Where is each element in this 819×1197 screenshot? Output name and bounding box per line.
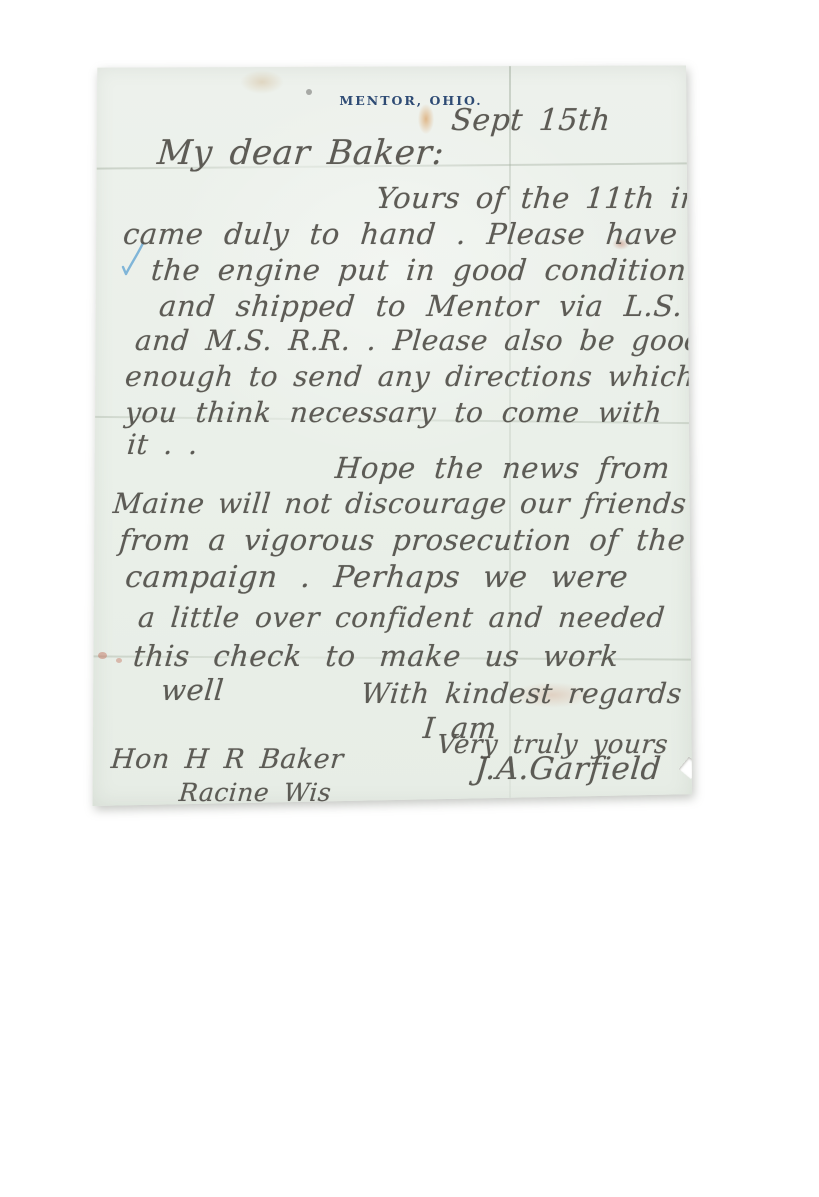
signature: J.A.Garfield xyxy=(474,754,662,785)
screenshot-root: { "letter": { "letterhead": "MENTOR, OHI… xyxy=(0,0,819,1197)
body-line: came duly to hand . Please have xyxy=(122,220,679,249)
paper-tear xyxy=(679,757,702,780)
stain xyxy=(116,658,122,663)
body-line: it . . xyxy=(126,431,199,459)
body-line: and shipped to Mentor via L.S. xyxy=(158,292,684,321)
body-line: you think necessary to come with xyxy=(124,399,663,427)
letter-photo: MENTOR, OHIO. Sept 15th My dear Baker: Y… xyxy=(92,64,692,806)
body-line: this check to make us work xyxy=(132,642,620,671)
body-line: a little over confident and needed xyxy=(137,604,666,632)
body-line: the engine put in good condition xyxy=(150,256,688,285)
photo-background: MENTOR, OHIO. Sept 15th My dear Baker: Y… xyxy=(0,0,819,1197)
stain xyxy=(98,652,107,659)
addressee-line: Racine Wis xyxy=(178,780,332,805)
addressee-line: Hon H R Baker xyxy=(110,746,345,773)
body-line: campaign . Perhaps we were xyxy=(124,563,629,593)
stain xyxy=(240,70,284,94)
body-line: Maine will not discourage our friends xyxy=(112,490,688,518)
letter-paper: MENTOR, OHIO. Sept 15th My dear Baker: Y… xyxy=(92,64,692,806)
body-line: Hope the news from xyxy=(334,454,671,483)
closing-line: With kindest regards xyxy=(360,680,683,708)
body-line: and M.S. R.R. . Please also be good xyxy=(134,327,704,355)
body-line: enough to send any directions which xyxy=(124,363,696,391)
body-line: from a vigorous prosecution of the xyxy=(118,526,687,555)
stain xyxy=(693,786,699,795)
body-line: Yours of the 11th inst xyxy=(375,184,728,213)
salutation-line: My dear Baker: xyxy=(156,136,446,170)
stain xyxy=(418,104,434,134)
date-line: Sept 15th xyxy=(450,106,612,136)
body-line: well xyxy=(160,676,225,705)
